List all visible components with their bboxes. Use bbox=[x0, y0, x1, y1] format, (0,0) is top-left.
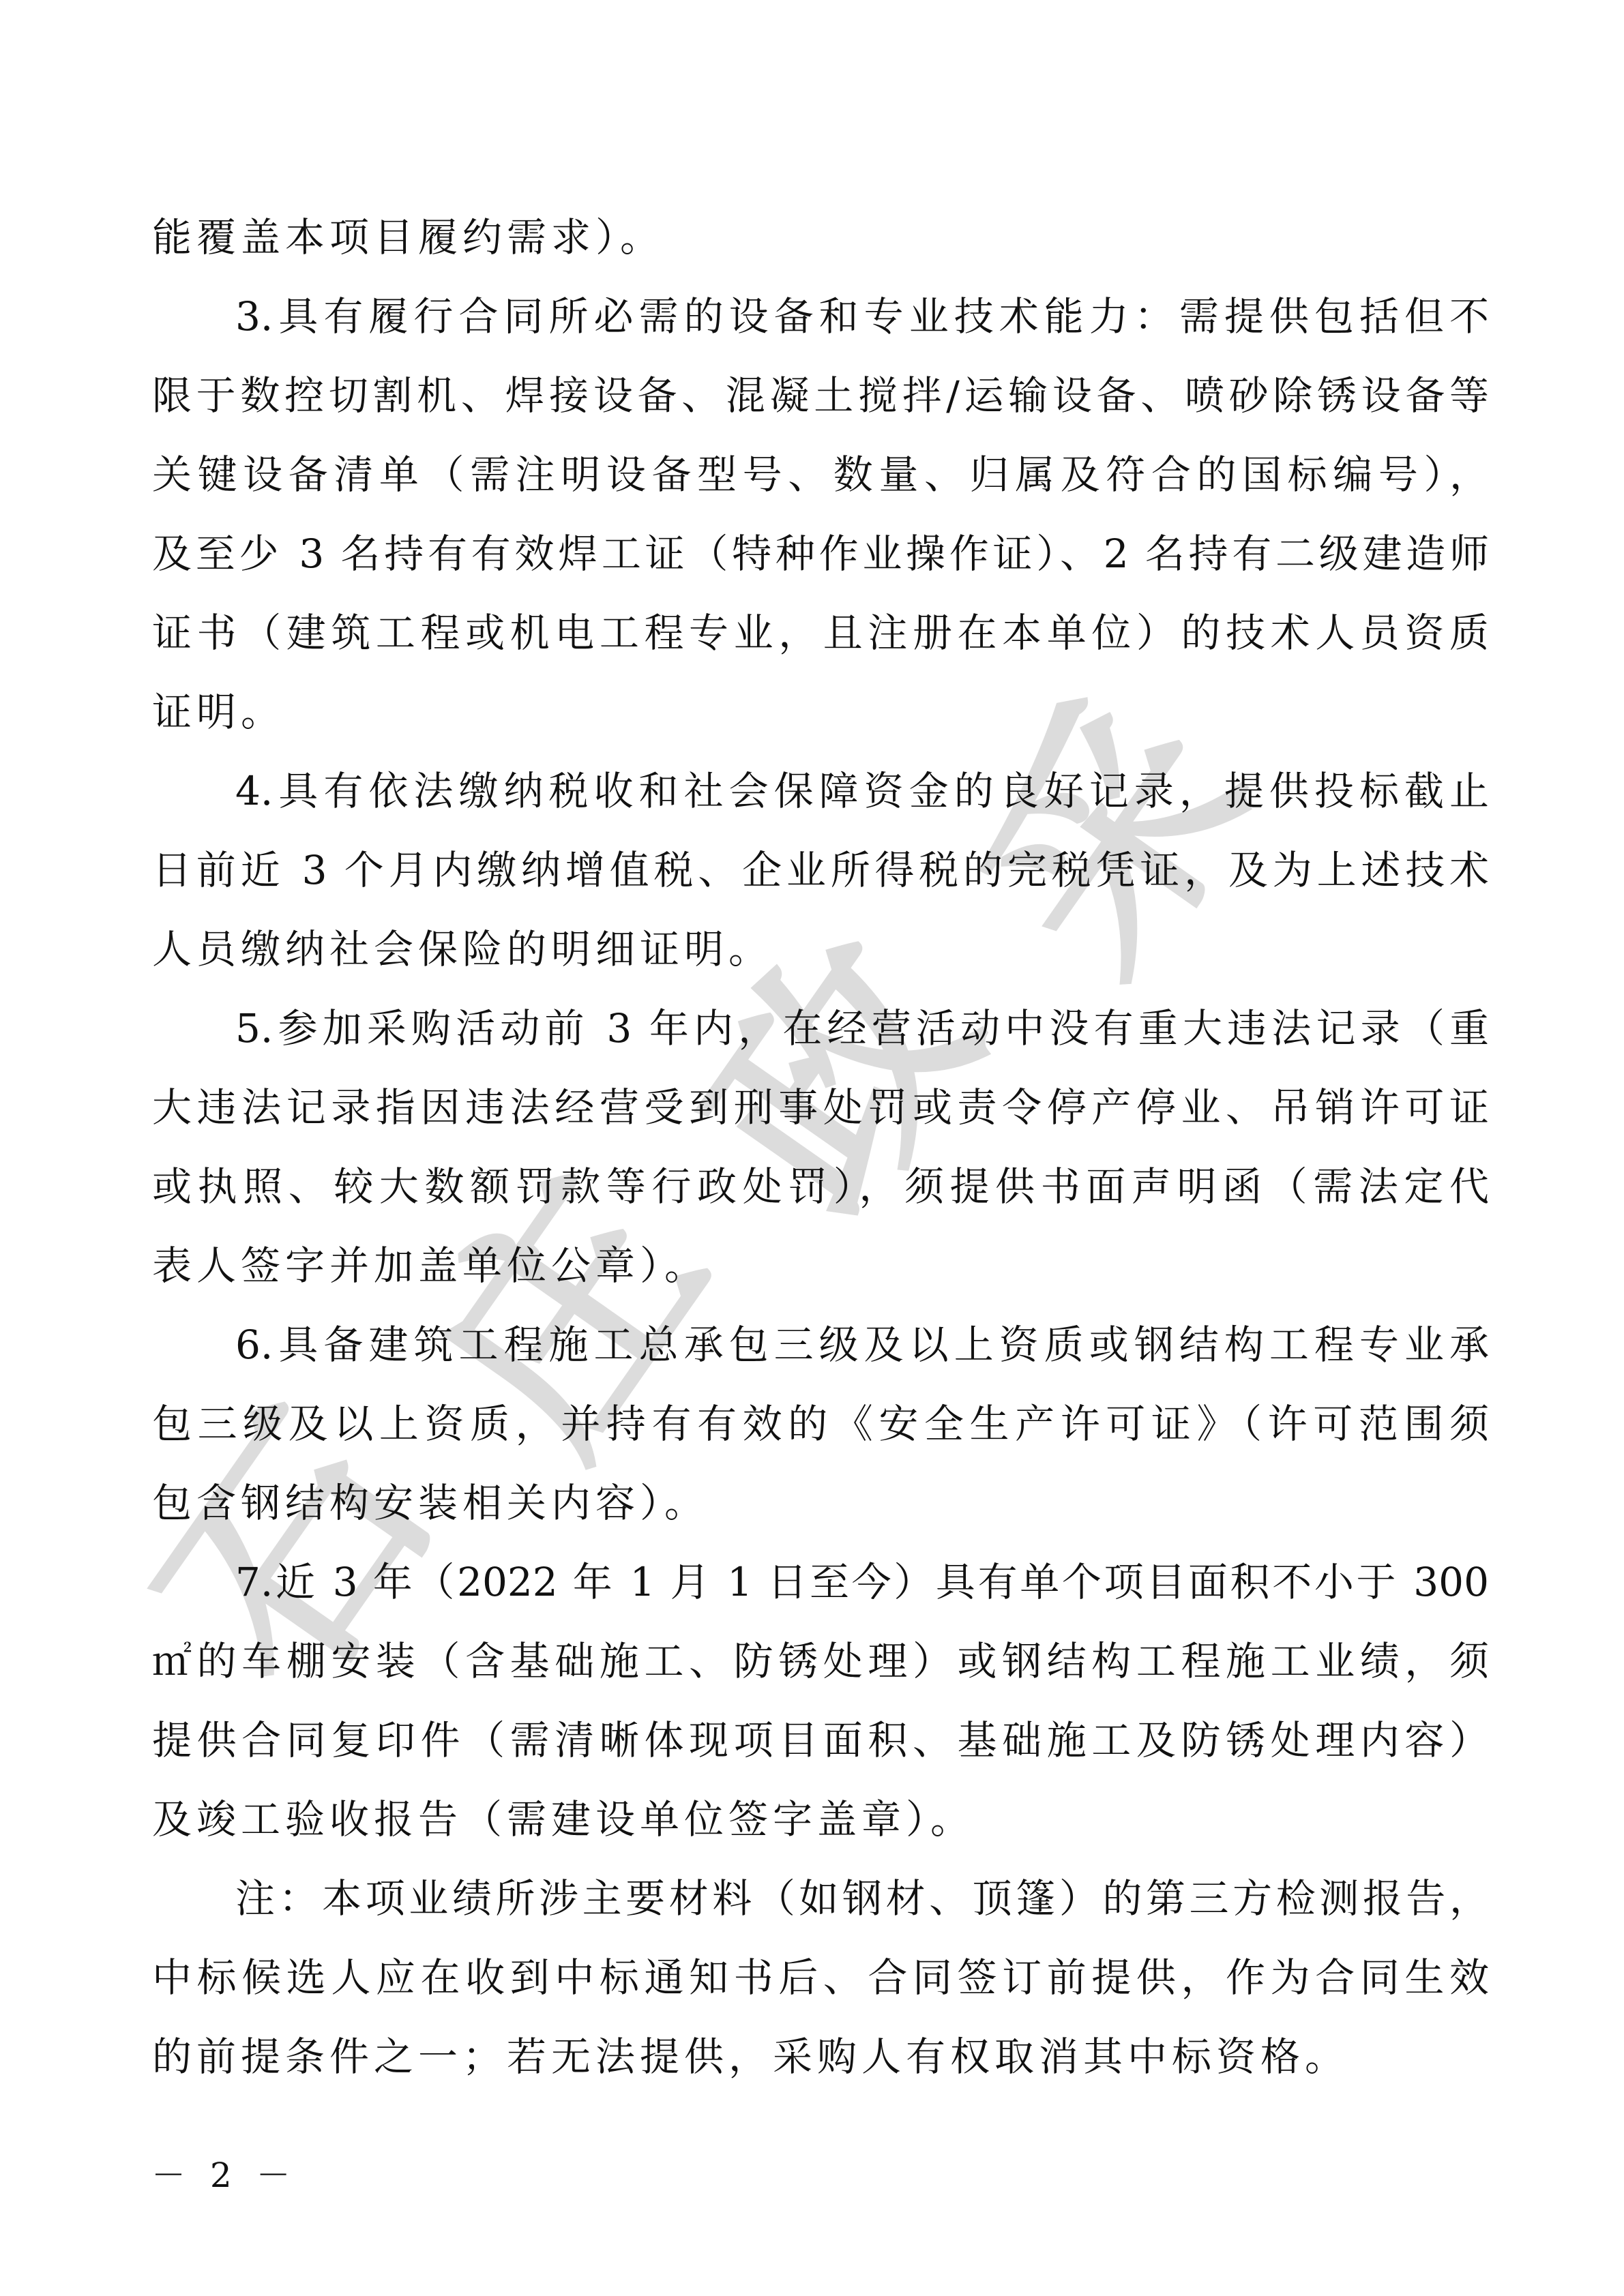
text-line: 提供合同复印件（需清晰体现项目面积、基础施工及防锈处理内容） bbox=[152, 1701, 1489, 1780]
text-line: 3.具有履行合同所必需的设备和专业技术能力：需提供包括但不 bbox=[152, 277, 1489, 356]
text-line: 或执照、较大数额罚款等行政处罚），须提供书面声明函（需法定代 bbox=[152, 1147, 1489, 1226]
text-line: 限于数控切割机、焊接设备、混凝土搅拌/运输设备、喷砂除锈设备等 bbox=[152, 356, 1489, 435]
page-number: － 2 － bbox=[151, 2148, 297, 2197]
document-body: 能覆盖本项目履约需求）。 3.具有履行合同所必需的设备和专业技术能力：需提供包括… bbox=[152, 198, 1489, 2096]
text-line: 日前近 3 个月内缴纳增值税、企业所得税的完税凭证，及为上述技术 bbox=[152, 831, 1489, 910]
text-line: 的前提条件之一；若无法提供，采购人有权取消其中标资格。 bbox=[152, 2017, 1489, 2096]
text-line: 关键设备清单（需注明设备型号、数量、归属及符合的国标编号）， bbox=[152, 435, 1489, 514]
text-line: 大违法记录指因违法经营受到刑事处罚或责令停产停业、吊销许可证 bbox=[152, 1068, 1489, 1147]
text-line: 证书（建筑工程或机电工程专业，且注册在本单位）的技术人员资质 bbox=[152, 593, 1489, 672]
text-line: 人员缴纳社会保险的明细证明。 bbox=[152, 910, 1489, 989]
text-line: 4.具有依法缴纳税收和社会保障资金的良好记录，提供投标截止 bbox=[152, 751, 1489, 831]
text-line: 能覆盖本项目履约需求）。 bbox=[152, 198, 1489, 277]
text-line: 注：本项业绩所涉主要材料（如钢材、顶篷）的第三方检测报告， bbox=[152, 1859, 1489, 1938]
text-line: 中标候选人应在收到中标通知书后、合同签订前提供，作为合同生效 bbox=[152, 1938, 1489, 2017]
text-line: 证明。 bbox=[152, 672, 1489, 751]
text-line: 6.具备建筑工程施工总承包三级及以上资质或钢结构工程专业承 bbox=[152, 1305, 1489, 1384]
text-line: 7.近 3 年（2022 年 1 月 1 日至今）具有单个项目面积不小于 300 bbox=[152, 1542, 1489, 1622]
text-line: ㎡的车棚安装（含基础施工、防锈处理）或钢结构工程施工业绩，须 bbox=[152, 1622, 1489, 1701]
text-line: 及竣工验收报告（需建设单位签字盖章）。 bbox=[152, 1780, 1489, 1859]
text-line: 5.参加采购活动前 3 年内，在经营活动中没有重大违法记录（重 bbox=[152, 989, 1489, 1068]
text-line: 包含钢结构安装相关内容）。 bbox=[152, 1463, 1489, 1542]
document-page: 石 庄 政 采 能覆盖本项目履约需求）。 3.具有履行合同所必需的设备和专业技术… bbox=[0, 0, 1624, 2296]
text-line: 包三级及以上资质，并持有有效的《安全生产许可证》（许可范围须 bbox=[152, 1384, 1489, 1463]
text-line: 表人签字并加盖单位公章）。 bbox=[152, 1226, 1489, 1305]
text-line: 及至少 3 名持有有效焊工证（特种作业操作证）、2 名持有二级建造师 bbox=[152, 514, 1489, 593]
